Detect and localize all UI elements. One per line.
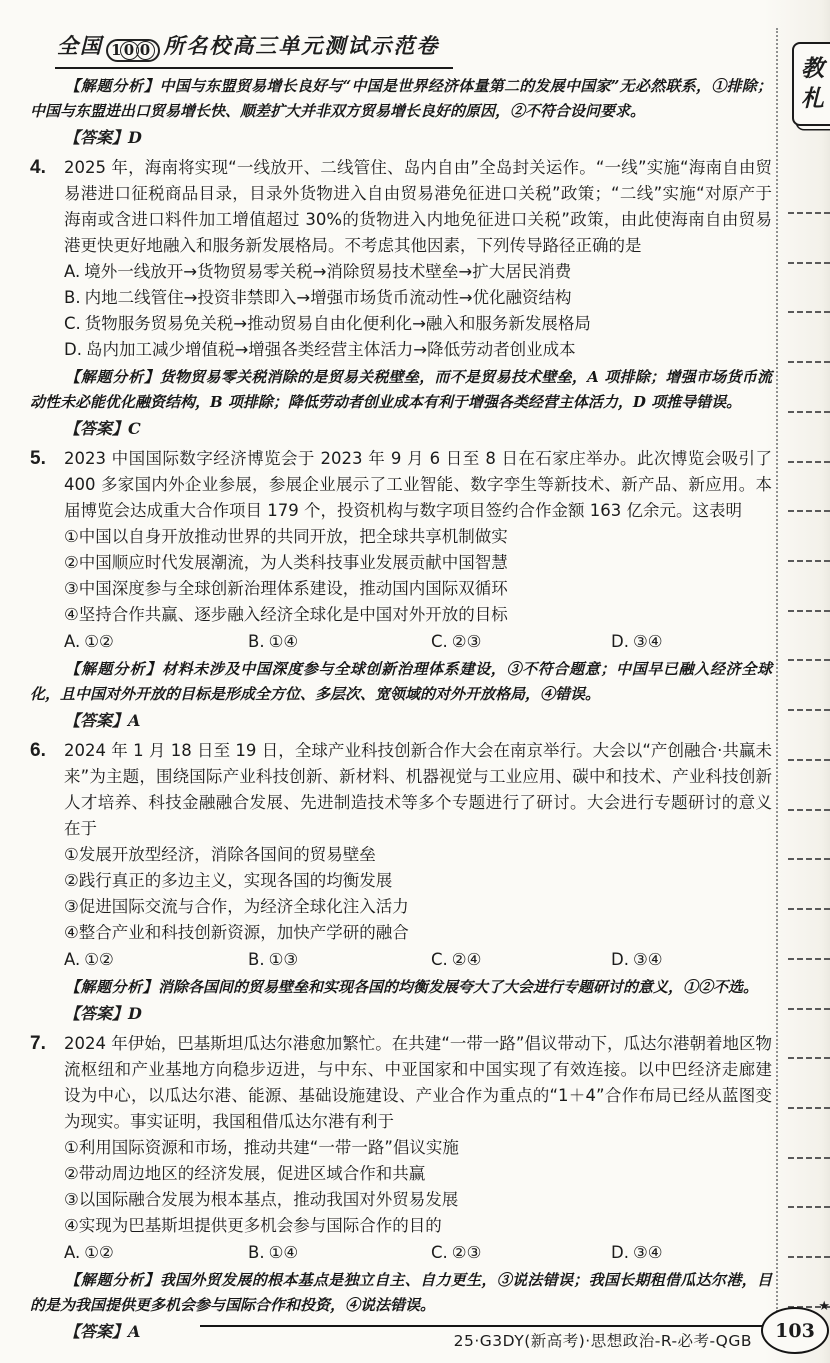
title-suffix: 所名校高三单元测试示范卷 [163,33,439,58]
binding-fold-line [776,28,778,1312]
statement-2: ②践行真正的多边主义，实现各国的均衡发展 [30,868,772,894]
statement-4: ④实现为巴基斯坦提供更多机会参与国际合作的目的 [30,1213,772,1239]
choice-label: C. [431,1243,448,1262]
choice-label: A. [64,632,80,651]
statement-list: ①利用国际资源和市场，推动共建“一带一路”倡议实施 ②带动周边地区的经济发展，促… [30,1135,772,1239]
note-char-1: 教 [801,54,830,84]
margin-note-line [788,610,830,612]
question-stem-text: 2024 年伊始，巴基斯坦瓜达尔港愈加繁忙。在共建“一带一路”倡议带动下，瓜达尔… [64,1034,772,1131]
option-text: 境外一线放开→货物贸易零关税→消除贸易技术壁垒→扩大居民消费 [84,262,571,281]
statement-3: ③以国际融合发展为根本基点，推动我国对外贸易发展 [30,1187,772,1213]
margin-note-line [788,1107,830,1109]
margin-note-line [788,759,830,761]
analysis-label: 【解题分析】 [65,978,158,996]
question-6: 6.2024 年 1 月 18 日至 19 日，全球产业科技创新合作大会在南京举… [30,738,772,1027]
answer-q4: 【答案】C [64,416,772,442]
choice-c: C.②④ [431,946,611,973]
choice-a: A.①② [64,1239,248,1266]
margin-note-line [788,858,830,860]
question-7: 7.2024 年伊始，巴基斯坦瓜达尔港愈加繁忙。在共建“一带一路”倡议带动下，瓜… [30,1031,772,1345]
margin-note-line [788,958,830,960]
title-prefix: 全国 [57,33,103,58]
note-char-2: 札 [801,84,830,114]
analysis-label: 【解题分析】 [65,368,160,386]
option-text: 岛内加工减少增值税→增强各类经营主体活力→降低劳动者创业成本 [86,340,576,359]
answer-q6: 【答案】D [64,1001,772,1027]
statement-3: ③促进国际交流与合作，为经济全球化注入活力 [30,894,772,920]
choice-label: A. [64,950,80,969]
answer-value: C [128,419,141,438]
margin-note-line [788,1256,830,1258]
choice-text: ②③ [452,632,482,651]
statement-2: ②带动周边地区的经济发展，促进区域合作和共赢 [30,1161,772,1187]
teacher-notes-icon: 教 札 [792,42,830,126]
answer-label: 【答案】 [64,419,128,438]
choice-text: ③④ [633,1243,663,1262]
choice-label: D. [611,1243,629,1262]
choice-label: B. [248,1243,265,1262]
choice-label: C. [431,950,448,969]
margin-note-lines [788,212,830,1308]
options-list: A.境外一线放开→货物贸易零关税→消除贸易技术壁垒→扩大居民消费 B.内地二线管… [30,259,772,363]
margin-note-line [788,262,830,264]
question-number: 7. [30,1031,64,1057]
question-number: 6. [30,738,64,764]
question-stem: 7.2024 年伊始，巴基斯坦瓜达尔港愈加繁忙。在共建“一带一路”倡议带动下，瓜… [30,1031,772,1135]
footer-imprint: 25·G3DY(新高考)·思想政治-R-必考-QGB [0,1329,752,1351]
margin-note-line [788,510,830,512]
page-header: 全国100所名校高三单元测试示范卷 [55,30,453,69]
option-label: C. [64,314,81,333]
choice-d: D.③④ [611,628,772,655]
margin-note-line [788,908,830,910]
choice-label: C. [431,632,448,651]
statement-4: ④坚持合作共赢、逐步融入经济全球化是中国对外开放的目标 [30,602,772,628]
logo-digit: 0 [136,41,155,60]
analysis-previous-question: 【解题分析】中国与东盟贸易增长良好与“中国是世界经济体量第二的发展中国家”无必然… [30,74,772,124]
margin-note-line [788,461,830,463]
answer-label: 【答案】 [64,128,128,147]
answer-label: 【答案】 [64,711,128,730]
choice-b: B.①④ [248,628,431,655]
option-b: B.内地二线管住→投资非禁即入→增强市场货币流动性→优化融资结构 [30,285,772,311]
question-stem-text: 2023 中国国际数字经济博览会于 2023 年 9 月 6 日至 8 日在石家… [64,449,772,520]
choice-row: A.①② B.①③ C.②④ D.③④ [30,946,772,973]
margin-note-line [788,411,830,413]
choice-text: ①④ [269,1243,299,1262]
analysis-q5: 【解题分析】材料未涉及中国深度参与全球创新治理体系建设，③不符合题意；中国早已融… [30,657,772,707]
exam-paper-page: 全国100所名校高三单元测试示范卷 【解题分析】中国与东盟贸易增长良好与“中国是… [0,0,830,1363]
choice-c: C.②③ [431,628,611,655]
footer-rule [200,1325,764,1327]
choice-text: ①④ [269,632,299,651]
margin-note-line [788,560,830,562]
choice-d: D.③④ [611,946,772,973]
brand-100-logo: 100 [106,39,160,62]
question-number: 5. [30,446,64,472]
answer-value: D [128,1004,142,1023]
choice-a: A.①② [64,946,248,973]
choice-b: B.①③ [248,946,431,973]
margin-note-line [788,809,830,811]
choice-label: B. [248,632,265,651]
option-label: D. [64,340,82,359]
statement-list: ①发展开放型经济，消除各国间的贸易壁垒 ②践行真正的多边主义，实现各国的均衡发展… [30,842,772,946]
choice-label: D. [611,632,629,651]
margin-note-line [788,212,830,214]
margin-note-line [788,1157,830,1159]
question-5: 5.2023 中国国际数字经济博览会于 2023 年 9 月 6 日至 8 日在… [30,446,772,734]
margin-note-line [788,709,830,711]
margin-note-line [788,311,830,313]
statement-1: ①发展开放型经济，消除各国间的贸易壁垒 [30,842,772,868]
choice-text: ①② [84,632,114,651]
choice-text: ①② [84,950,114,969]
choice-text: ②④ [452,950,482,969]
analysis-label: 【解题分析】 [65,660,162,678]
question-stem-text: 2024 年 1 月 18 日至 19 日，全球产业科技创新合作大会在南京举行。… [64,741,772,838]
question-stem: 6.2024 年 1 月 18 日至 19 日，全球产业科技创新合作大会在南京举… [30,738,772,842]
choice-text: ②③ [452,1243,482,1262]
question-stem-text: 2025 年，海南将实现“一线放开、二线管住、岛内自由”全岛封关运作。“一线”实… [64,158,772,255]
choice-text: ③④ [633,632,663,651]
statement-1: ①利用国际资源和市场，推动共建“一带一路”倡议实施 [30,1135,772,1161]
margin-note-line [788,1008,830,1010]
star-icon: ★ [818,1299,830,1314]
answer-value: A [128,711,140,730]
choice-text: ③④ [633,950,663,969]
margin-note-line [788,361,830,363]
option-c: C.货物服务贸易免关税→推动贸易自由化便利化→融入和服务新发展格局 [30,311,772,337]
page-number-badge: 103 ★ [761,1307,829,1354]
choice-text: ①② [84,1243,114,1262]
option-a: A.境外一线放开→货物贸易零关税→消除贸易技术壁垒→扩大居民消费 [30,259,772,285]
option-d: D.岛内加工减少增值税→增强各类经营主体活力→降低劳动者创业成本 [30,337,772,363]
question-number: 4. [30,155,64,181]
statement-4: ④整合产业和科技创新资源，加快产学研的融合 [30,920,772,946]
margin-note-line [788,1206,830,1208]
choice-label: B. [248,950,265,969]
question-stem: 4.2025 年，海南将实现“一线放开、二线管住、岛内自由”全岛封关运作。“一线… [30,155,772,259]
page-number: 103 [775,1320,815,1342]
statement-1: ①中国以自身开放推动世界的共同开放，把全球共享机制做实 [30,524,772,550]
answer-label: 【答案】 [64,1004,128,1023]
answer-value: D [128,128,142,147]
question-4: 4.2025 年，海南将实现“一线放开、二线管住、岛内自由”全岛封关运作。“一线… [30,155,772,442]
analysis-label: 【解题分析】 [65,77,160,95]
page-title: 全国100所名校高三单元测试示范卷 [55,30,453,69]
option-text: 内地二线管住→投资非禁即入→增强市场货币流动性→优化融资结构 [85,288,572,307]
analysis-q6: 【解题分析】消除各国间的贸易壁垒和实现各国的均衡发展夸大了大会进行专题研讨的意义… [30,975,772,1000]
choice-text: ①③ [269,950,299,969]
exam-content: 【解题分析】中国与东盟贸易增长良好与“中国是世界经济体量第二的发展中国家”无必然… [30,72,772,1347]
analysis-q4: 【解题分析】货物贸易零关税消除的是贸易关税壁垒，而不是贸易技术壁垒，A 项排除；… [30,365,772,415]
choice-label: D. [611,950,629,969]
answer-q5: 【答案】A [64,708,772,734]
choice-c: C.②③ [431,1239,611,1266]
choice-label: A. [64,1243,80,1262]
margin-note-line [788,659,830,661]
option-text: 货物服务贸易免关税→推动贸易自由化便利化→融入和服务新发展格局 [85,314,591,333]
choice-a: A.①② [64,628,248,655]
statement-2: ②中国顺应时代发展潮流，为人类科技事业发展贡献中国智慧 [30,550,772,576]
option-label: B. [64,288,81,307]
margin-note-line [788,1057,830,1059]
statement-3: ③中国深度参与全球创新治理体系建设，推动国内国际双循环 [30,576,772,602]
choice-row: A.①② B.①④ C.②③ D.③④ [30,628,772,655]
choice-b: B.①④ [248,1239,431,1266]
analysis-text: 消除各国间的贸易壁垒和实现各国的均衡发展夸大了大会进行专题研讨的意义，①②不选。 [158,978,758,996]
option-label: A. [64,262,80,281]
choice-row: A.①② B.①④ C.②③ D.③④ [30,1239,772,1266]
analysis-q7: 【解题分析】我国外贸发展的根本基点是独立自主、自力更生，③说法错误；我国长期租借… [30,1268,772,1318]
statement-list: ①中国以自身开放推动世界的共同开放，把全球共享机制做实 ②中国顺应时代发展潮流，… [30,524,772,628]
answer-previous-question: 【答案】D [64,125,772,151]
question-stem: 5.2023 中国国际数字经济博览会于 2023 年 9 月 6 日至 8 日在… [30,446,772,524]
analysis-label: 【解题分析】 [65,1271,160,1289]
choice-d: D.③④ [611,1239,772,1266]
